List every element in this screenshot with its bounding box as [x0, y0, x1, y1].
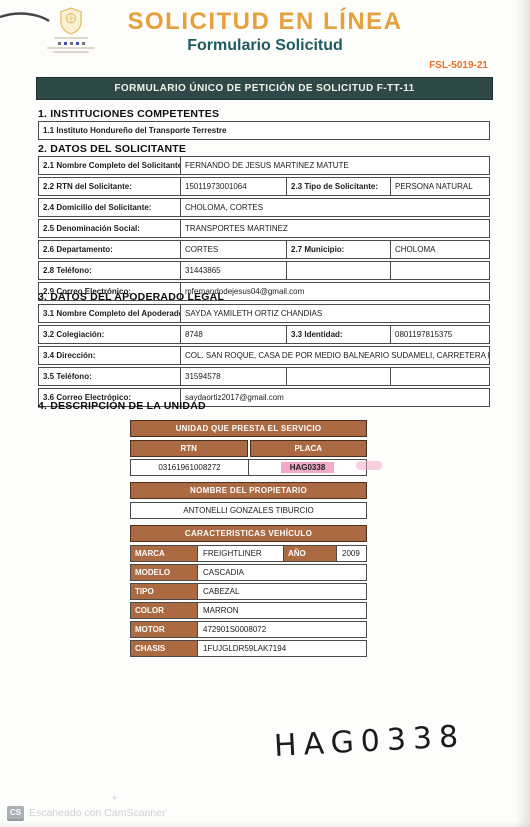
- field-value: 31594578: [181, 368, 287, 385]
- rtn-column-header: RTN: [130, 440, 248, 457]
- field-label: [287, 368, 391, 385]
- vehicle-table: UNIDAD QUE PRESTA EL SERVICIO RTN PLACA …: [130, 420, 367, 659]
- field-label: 2.3 Tipo de Solicitante:: [287, 178, 391, 195]
- section-3-table: 3.1 Nombre Completo del Apoderado: SAYDA…: [38, 304, 490, 409]
- field-value: [391, 262, 489, 279]
- form-banner: FORMULARIO ÚNICO DE PETICIÓN DE SOLICITU…: [36, 77, 493, 100]
- field-label: 2.2 RTN del Solicitante:: [39, 178, 181, 195]
- field-label: 3.1 Nombre Completo del Apoderado:: [39, 305, 181, 322]
- modelo-value: CASCADIA: [198, 565, 366, 580]
- form-row: 2.1 Nombre Completo del Solicitante: FER…: [38, 156, 490, 175]
- field-value: FERNANDO DE JESUS MARTINEZ MATUTE: [181, 157, 489, 174]
- vehicle-rtn-value: 03161961008272: [131, 460, 249, 475]
- section-4-heading: 4. DESCRIPCIÓN DE LA UNIDAD: [38, 400, 206, 412]
- color-label: COLOR: [131, 603, 198, 618]
- scan-plus-artifact: +: [112, 793, 117, 803]
- vehicle-placa-value: HAG0338: [281, 462, 335, 473]
- modelo-row: MODELO CASCADIA: [130, 564, 367, 581]
- chasis-value: 1FUJGLDR59LAK7194: [198, 641, 366, 656]
- chasis-label: CHASIS: [131, 641, 198, 656]
- form-row: 1.1 Instituto Hondureño del Transporte T…: [38, 121, 490, 140]
- field-label: 2.4 Domicilio del Solicitante:: [39, 199, 181, 216]
- tipo-value: CABEZAL: [198, 584, 366, 599]
- color-value: MARRON: [198, 603, 366, 618]
- section-2-table: 2.1 Nombre Completo del Solicitante: FER…: [38, 156, 490, 303]
- form-row: 2.5 Denominación Social: TRANSPORTES MAR…: [38, 219, 490, 238]
- field-value: 8748: [181, 326, 287, 343]
- scanned-form-page: SOLICITUD EN LÍNEA Formulario Solicitud …: [0, 0, 530, 827]
- chasis-row: CHASIS 1FUJGLDR59LAK7194: [130, 640, 367, 657]
- placa-column-header: PLACA: [250, 440, 368, 457]
- field-value: 0801197815375: [391, 326, 489, 343]
- field-label: 3.4 Dirección:: [39, 347, 181, 364]
- section-3-heading: 3. DATOS DEL APODERADO LEGAL: [38, 291, 224, 303]
- field-value: CHOLOMA: [391, 241, 489, 258]
- field-value: CORTES: [181, 241, 287, 258]
- institution-value: 1.1 Instituto Hondureño del Transporte T…: [39, 122, 489, 139]
- field-value: mfernandodejesus04@gmail.com: [181, 283, 489, 300]
- form-row: 2.2 RTN del Solicitante: 15011973001064 …: [38, 177, 490, 196]
- field-label: 3.3 Identidad:: [287, 326, 391, 343]
- marca-label: MARCA: [131, 546, 198, 561]
- scan-edge-shadow-bottom: [0, 822, 530, 827]
- field-value: [391, 368, 489, 385]
- form-row: 2.8 Teléfono: 31443865: [38, 261, 490, 280]
- owner-value-row: ANTONELLI GONZALES TIBURCIO: [130, 502, 367, 519]
- camscanner-icon: CS: [7, 806, 24, 819]
- field-label: [287, 262, 391, 279]
- camscanner-footer: CS Escaneado con CamScanner: [7, 806, 166, 819]
- form-row: 2.6 Departamento: CORTES 2.7 Municipio: …: [38, 240, 490, 259]
- section-2-heading: 2. DATOS DEL SOLICITANTE: [38, 143, 186, 155]
- rtn-placa-header-row: RTN PLACA: [130, 440, 367, 457]
- field-label: 3.2 Colegiación:: [39, 326, 181, 343]
- field-value: 15011973001064: [181, 178, 287, 195]
- highlighter-smear: [356, 461, 382, 470]
- form-code: FSL-5019-21: [429, 60, 488, 71]
- scan-edge-shadow-right: [515, 0, 530, 827]
- ano-value: 2009: [337, 546, 366, 561]
- owner-header: NOMBRE DEL PROPIETARIO: [130, 482, 367, 499]
- ano-label: AÑO: [283, 546, 337, 561]
- page-subtitle: Formulario Solicitud: [0, 37, 530, 55]
- tipo-row: TIPO CABEZAL: [130, 583, 367, 600]
- motor-label: MOTOR: [131, 622, 198, 637]
- section-1-table: 1.1 Instituto Hondureño del Transporte T…: [38, 121, 490, 142]
- form-row: 3.5 Teléfono: 31594578: [38, 367, 490, 386]
- form-row: 3.2 Colegiación: 8748 3.3 Identidad: 080…: [38, 325, 490, 344]
- motor-value: 472901S0008072: [198, 622, 366, 637]
- field-label: 2.1 Nombre Completo del Solicitante:: [39, 157, 181, 174]
- field-label: 2.7 Municipio:: [287, 241, 391, 258]
- owner-name-value: ANTONELLI GONZALES TIBURCIO: [131, 503, 366, 518]
- field-value: 31443865: [181, 262, 287, 279]
- section-1-heading: 1. INSTITUCIONES COMPETENTES: [38, 108, 219, 120]
- characteristics-header: CARACTERISTICAS VEHÍCULO: [130, 525, 367, 542]
- marca-value: FREIGHTLINER: [198, 546, 283, 561]
- form-row: 2.4 Domicilio del Solicitante: CHOLOMA, …: [38, 198, 490, 217]
- color-row: COLOR MARRON: [130, 602, 367, 619]
- field-label: 2.8 Teléfono:: [39, 262, 181, 279]
- field-label: 3.5 Teléfono:: [39, 368, 181, 385]
- service-unit-header: UNIDAD QUE PRESTA EL SERVICIO: [130, 420, 367, 437]
- rtn-placa-value-row: 03161961008272 HAG0338: [130, 459, 367, 476]
- form-row: 3.1 Nombre Completo del Apoderado: SAYDA…: [38, 304, 490, 323]
- camscanner-text: Escaneado con CamScanner: [29, 807, 166, 819]
- field-label: 2.6 Departamento:: [39, 241, 181, 258]
- modelo-label: MODELO: [131, 565, 198, 580]
- form-row: 3.4 Dirección: COL. SAN ROQUE, CASA DE P…: [38, 346, 490, 365]
- field-value: TRANSPORTES MARTINEZ: [181, 220, 489, 237]
- handwritten-plate: HAG0338: [273, 719, 466, 764]
- field-value: saydaortiz2017@gmail.com: [181, 389, 489, 406]
- marca-row: MARCA FREIGHTLINER AÑO 2009: [130, 545, 367, 562]
- motor-row: MOTOR 472901S0008072: [130, 621, 367, 638]
- page-title: SOLICITUD EN LÍNEA: [0, 8, 530, 36]
- field-value: CHOLOMA, CORTES: [181, 199, 489, 216]
- field-value: SAYDA YAMILETH ORTIZ CHANDIAS: [181, 305, 489, 322]
- tipo-label: TIPO: [131, 584, 198, 599]
- field-value: COL. SAN ROQUE, CASA DE POR MEDIO BALNEA…: [181, 347, 489, 364]
- field-label: 2.5 Denominación Social:: [39, 220, 181, 237]
- field-value: PERSONA NATURAL: [391, 178, 489, 195]
- vehicle-placa-cell: HAG0338: [249, 460, 366, 475]
